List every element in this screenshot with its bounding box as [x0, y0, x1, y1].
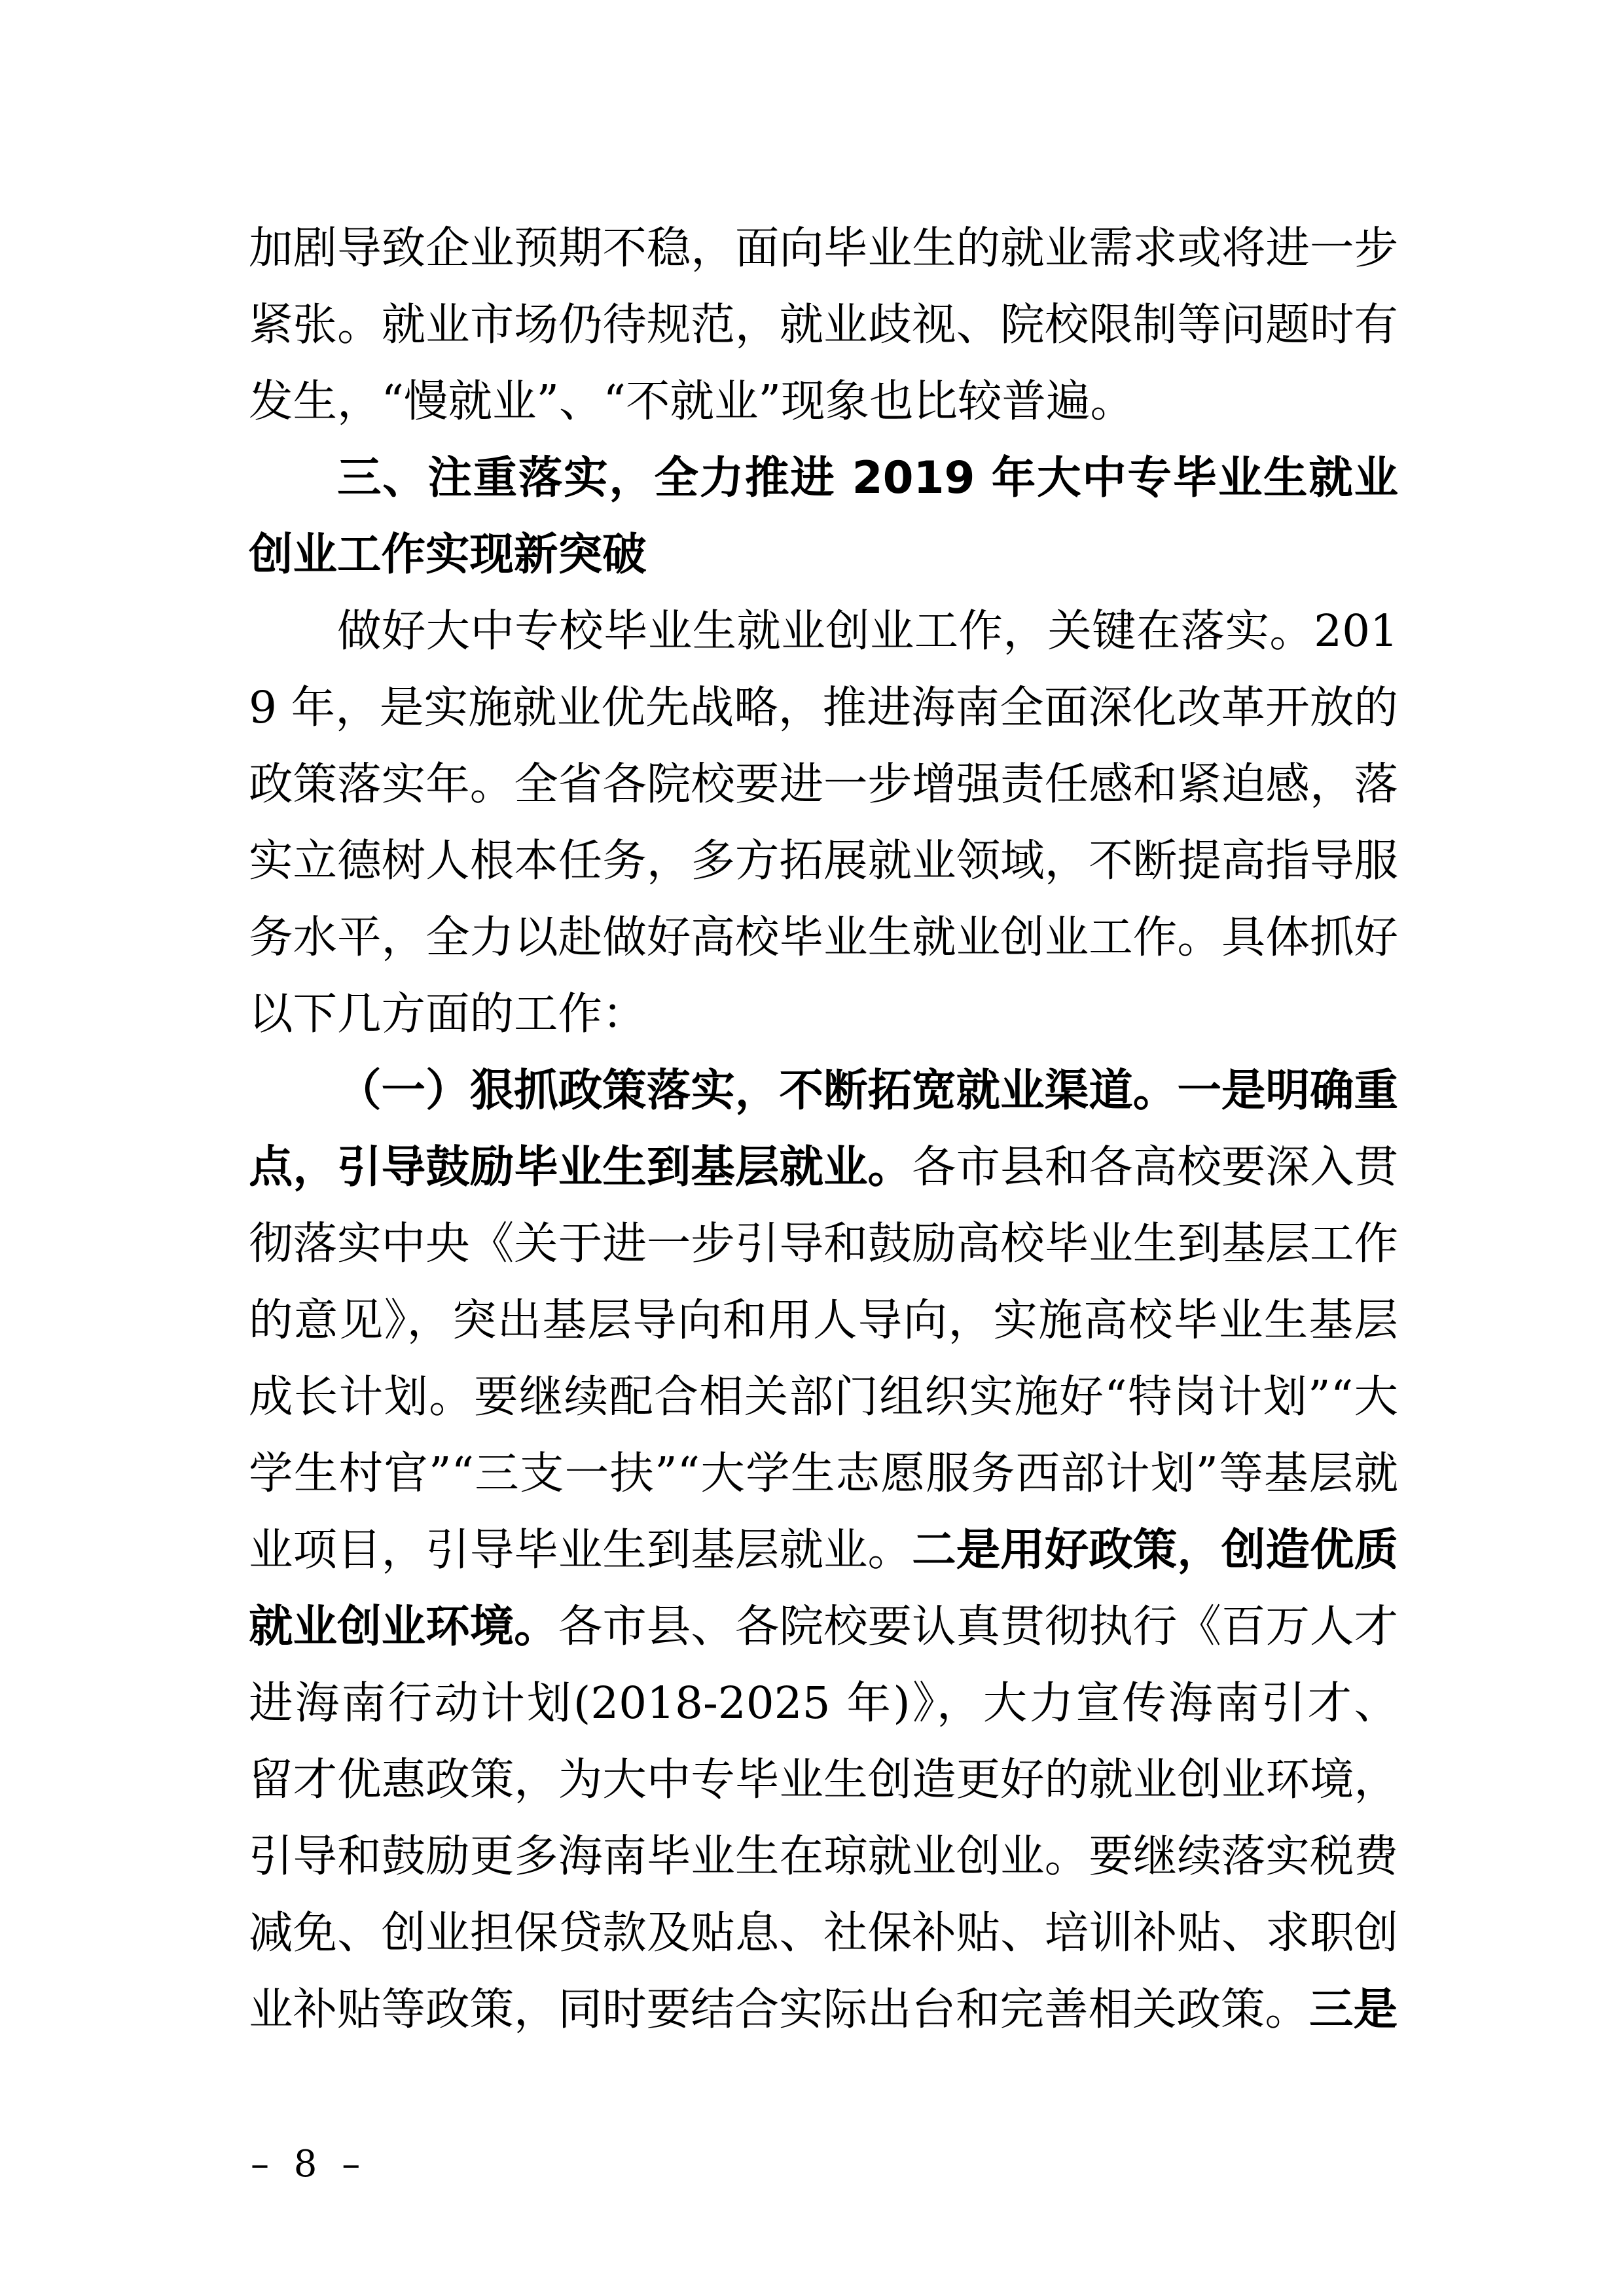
page-number: – 8 –: [251, 2142, 367, 2187]
text-run: 各市县、各院校要认真贯彻执行《百万人才进海南行动计划(2018-2025 年)》…: [249, 1600, 1398, 2035]
paragraph: 做好大中专校毕业生就业创业工作，关键在落实。2019 年，是实施就业优先战略，推…: [249, 592, 1398, 1052]
document-body: 加剧导致企业预期不稳，面向毕业生的就业需求或将进一步紧张。就业市场仍待规范，就业…: [249, 209, 1398, 2047]
text-run: 各市县和各高校要深入贯彻落实中央《关于进一步引导和鼓励高校毕业生到基层工作的意见…: [249, 1141, 1398, 1575]
paragraph: （一）狠抓政策落实，不断拓宽就业渠道。一是明确重点，引导鼓励毕业生到基层就业。各…: [249, 1052, 1398, 2047]
paragraph: 加剧导致企业预期不稳，面向毕业生的就业需求或将进一步紧张。就业市场仍待规范，就业…: [249, 209, 1398, 439]
text-run: 做好大中专校毕业生就业创业工作，关键在落实。2019 年，是实施就业优先战略，推…: [249, 605, 1398, 1039]
document-page: 加剧导致企业预期不稳，面向毕业生的就业需求或将进一步紧张。就业市场仍待规范，就业…: [0, 0, 1624, 2296]
text-run: 加剧导致企业预期不稳，面向毕业生的就业需求或将进一步紧张。就业市场仍待规范，就业…: [249, 222, 1398, 427]
bold-text-run: 三是: [1309, 1983, 1398, 2035]
bold-text-run: 三、注重落实，全力推进 2019 年大中专毕业生就业创业工作实现新突破: [249, 452, 1398, 580]
section-heading: 三、注重落实，全力推进 2019 年大中专毕业生就业创业工作实现新突破: [249, 439, 1398, 592]
